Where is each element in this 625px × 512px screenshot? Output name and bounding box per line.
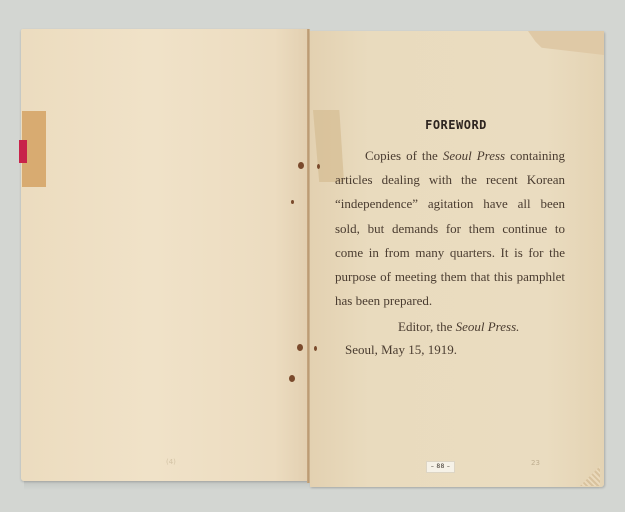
publication-name: Seoul Press: [443, 148, 505, 163]
foreword-paragraph: Copies of the Seoul Press containing art…: [335, 144, 565, 313]
binding-hole: [291, 200, 294, 204]
binding-hole: [298, 162, 304, 169]
page-number-label: – 88 –: [426, 461, 455, 473]
binding-hole: [289, 375, 295, 382]
faint-page-mark: 23: [531, 459, 540, 467]
red-bookmark-tab: [19, 140, 27, 163]
editor-signature: Editor, the Seoul Press.: [398, 319, 565, 335]
left-page: [21, 29, 309, 481]
publication-name: Seoul Press.: [456, 319, 520, 334]
binding-hole: [317, 164, 320, 169]
book-spread: (4) FOREWORD Copies of the Seoul Press c…: [0, 0, 625, 512]
binding-hole: [297, 344, 303, 351]
dateline: Seoul, May 15, 1919.: [345, 342, 565, 358]
signature-text: Editor, the: [398, 319, 456, 334]
paragraph-text: Copies of the: [365, 148, 443, 163]
foreword-title: FOREWORD: [347, 118, 565, 132]
foreword-content: FOREWORD Copies of the Seoul Press conta…: [335, 118, 565, 358]
paragraph-text: containing articles dealing with the rec…: [335, 148, 565, 308]
binding-hole: [314, 346, 317, 351]
left-page-number: (4): [166, 458, 176, 466]
